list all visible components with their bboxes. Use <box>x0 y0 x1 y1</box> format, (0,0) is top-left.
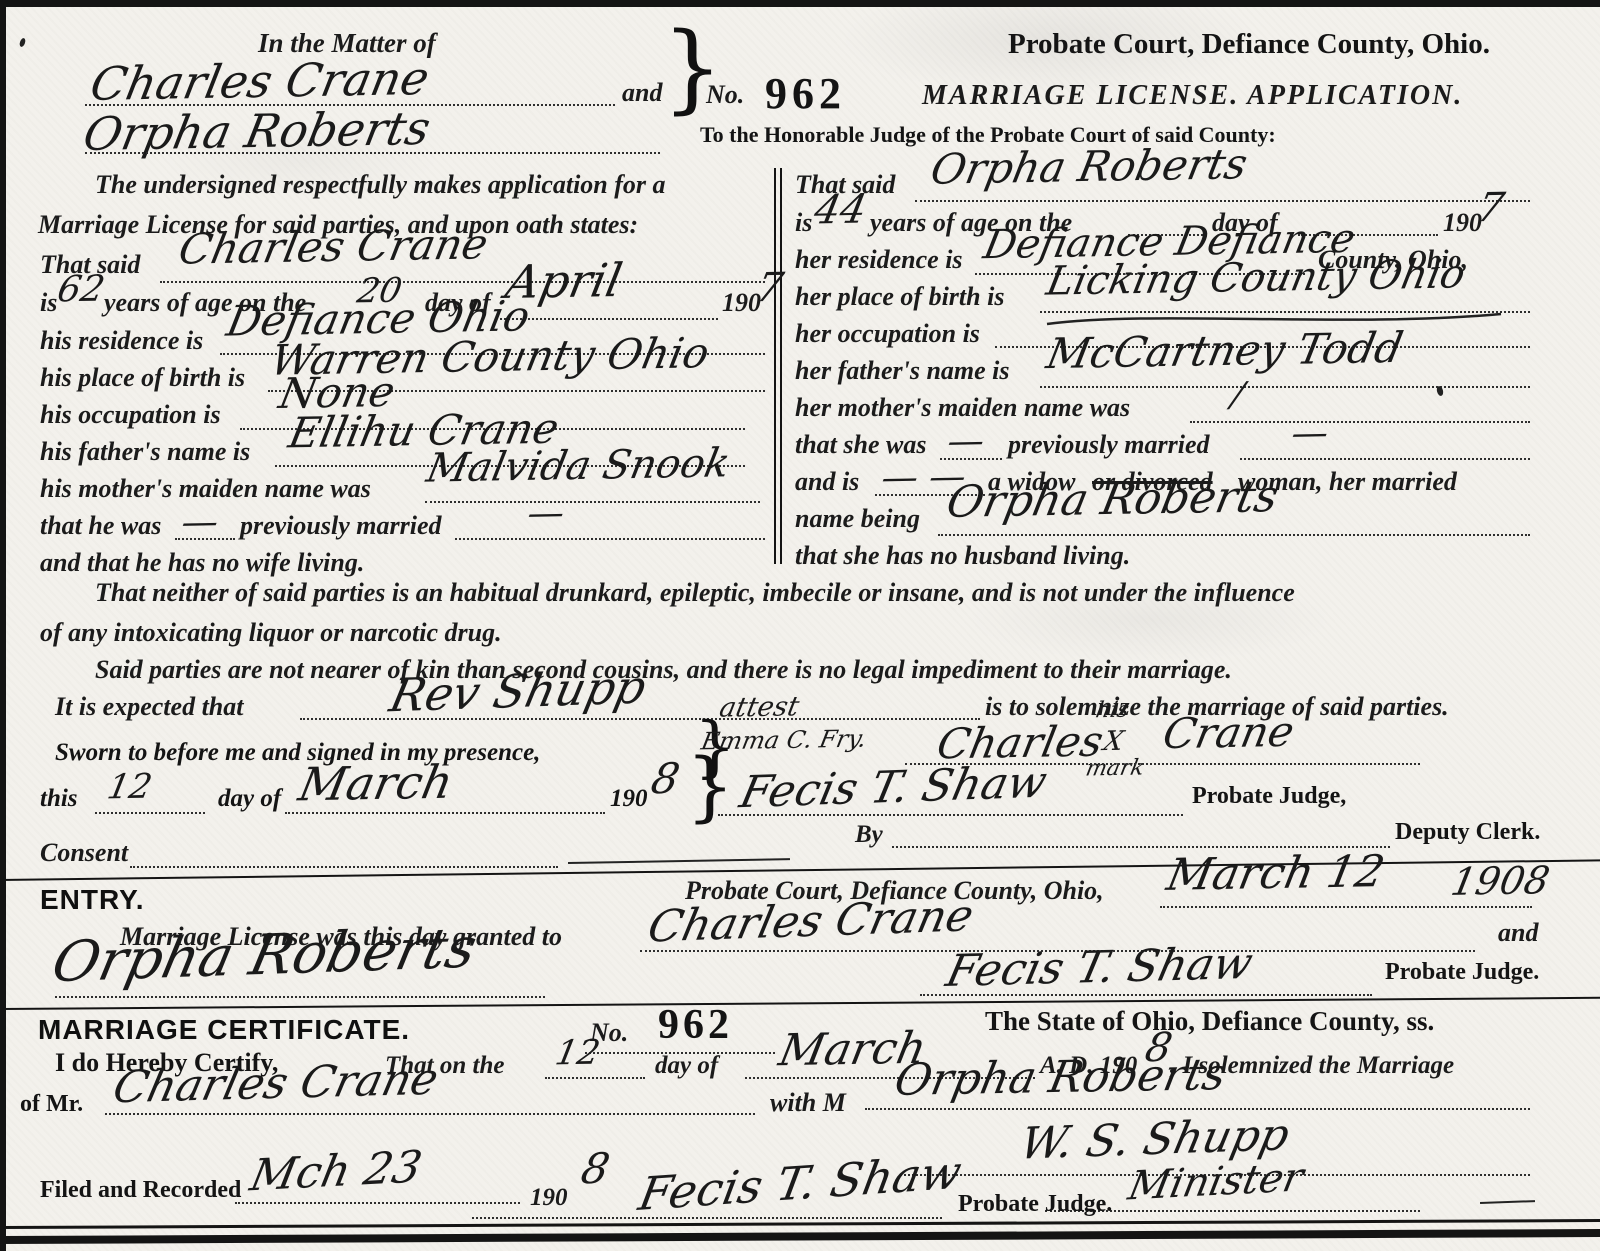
f-birth-label: her place of birth is <box>795 284 1004 310</box>
consent-line-2 <box>568 858 790 864</box>
f-prev-dash2: — <box>1288 416 1331 453</box>
column-divider-2 <box>780 168 782 564</box>
m-father-label: his father's name is <box>40 439 250 465</box>
minister-title-dash <box>1480 1200 1535 1204</box>
officiant-handwritten: Rev Shupp <box>386 664 650 719</box>
entry-year-handwritten: 1908 <box>1448 861 1552 901</box>
cert-bride-handwritten: Orpha Roberts <box>891 1053 1230 1103</box>
case-number: 962 <box>765 72 846 116</box>
entry-judge-sig: Fecis T. Shaw <box>942 942 1256 994</box>
judge-sig-handwritten: Fecis T. Shaw <box>736 761 1051 816</box>
filed-yeardigit-handwritten: 8 <box>578 1148 613 1190</box>
f-mother-tick: / <box>1229 378 1247 412</box>
court-title: Probate Court, Defiance County, Ohio. <box>1008 30 1490 59</box>
m-occ-label: his occupation is <box>40 402 221 428</box>
m-nowife-label: and that he has no wife living. <box>40 550 364 576</box>
filed-label: Filed and Recorded <box>40 1178 241 1202</box>
cert-state-line: The State of Ohio, Defiance County, ss. <box>985 1008 1434 1035</box>
m-prev-line1 <box>175 538 235 540</box>
cert-judge-sig: Fecis T. Shaw <box>636 1149 965 1217</box>
entry-and-label: and <box>1498 920 1538 946</box>
entry-date-line <box>1160 906 1532 908</box>
column-divider <box>774 168 776 564</box>
entry-bride-handwritten: Orpha Roberts <box>47 921 481 992</box>
party2-line <box>85 152 660 154</box>
f-andis-label: and is <box>795 469 859 495</box>
m-prev-dash1: — <box>178 505 221 542</box>
top-scan-edge <box>0 0 1600 7</box>
m-age-handwritten: 62 <box>54 272 107 309</box>
sworn-day-handwritten: 12 <box>105 770 155 805</box>
judge-brace: } <box>686 748 734 824</box>
sworn-yearprinted: 190 <box>610 786 648 811</box>
f-birthplace-handwritten: Licking County Ohio <box>1043 254 1468 301</box>
cert-judge-title: Probate Judge. <box>958 1192 1112 1216</box>
minister-title-handwritten: Minister <box>1125 1158 1307 1207</box>
f-prev-dash1: — <box>944 424 987 461</box>
consent-line <box>130 866 558 868</box>
filed-yearprinted: 190 <box>530 1185 568 1210</box>
m-name-handwritten: Charles Crane <box>175 223 491 270</box>
expected-label: It is expected that <box>55 694 243 720</box>
m-prev-dash2: — <box>524 496 567 533</box>
sworn-month-handwritten: March <box>295 759 456 808</box>
no-label: No. <box>706 82 744 108</box>
sworn-dayof-label: day of <box>218 786 281 811</box>
entry-bride-line <box>55 996 545 998</box>
deputy-clerk-label: Deputy Clerk. <box>1395 820 1540 844</box>
m-mother-handwritten: Malvida Snook <box>424 443 734 488</box>
left-scan-edge <box>0 0 6 1251</box>
f-namebeing-label: name being <box>795 506 920 532</box>
entry-heading: ENTRY. <box>40 886 145 914</box>
officiant-line <box>300 718 980 720</box>
this-label: this <box>40 786 78 811</box>
consent-label: Consent <box>40 840 128 866</box>
doc-title: MARRIAGE LICENSE. APPLICATION. <box>922 82 1463 110</box>
intro-line1: The undersigned respectfully makes appli… <box>95 172 666 198</box>
filed-date-line <box>235 1202 520 1204</box>
f-name-line <box>915 200 1530 202</box>
m-name-line <box>160 281 765 283</box>
filed-date-handwritten: Mch 23 <box>247 1146 426 1199</box>
cert-number: 962 <box>658 1004 733 1046</box>
entry-groom-handwritten: Charles Crane <box>644 894 977 949</box>
f-father-label: her father's name is <box>795 358 1010 384</box>
f-father-handwritten: McCartney Todd <box>1043 327 1406 375</box>
m-prev-line2 <box>455 538 765 540</box>
his-mark-label: his <box>1094 700 1131 723</box>
f-marriedname-handwritten: Orpha Roberts <box>943 475 1282 525</box>
bottom-rule-thin <box>0 1219 1600 1229</box>
groom-sig-last: Crane <box>1160 711 1298 755</box>
f-prev1-label: that she was <box>795 432 927 458</box>
cert-judge-line <box>472 1217 942 1219</box>
cert-groom-handwritten: Charles Crane <box>109 1058 442 1110</box>
f-mother-label: her mother's maiden name was <box>795 395 1130 421</box>
f-name-handwritten: Orpha Roberts <box>927 143 1250 190</box>
f-mother-line <box>1190 421 1530 423</box>
sworn-day-line <box>95 812 205 814</box>
sworn-line: Sworn to before me and signed in my pres… <box>55 740 540 765</box>
m-res-label: his residence is <box>40 328 203 354</box>
by-label: By <box>855 822 883 847</box>
x-mark: X <box>1101 728 1126 755</box>
cert-bride-line <box>865 1108 1530 1110</box>
marriage-license-document: In the Matter of Charles Crane and Orpha… <box>0 0 1600 1251</box>
affirm-line2: of any intoxicating liquor or narcotic d… <box>40 620 502 646</box>
entry-judge-line <box>920 994 1372 996</box>
cert-withm-label: with M <box>770 1090 846 1116</box>
affirm-line1: That neither of said parties is an habit… <box>95 580 1295 606</box>
cert-day-line <box>545 1077 645 1079</box>
entry-date-handwritten: March 12 <box>1163 850 1388 898</box>
ink-speck <box>19 37 27 47</box>
f-namebeing-line <box>938 534 1530 536</box>
bottom-rule-thick <box>0 1229 1600 1244</box>
f-father-line <box>1040 386 1530 388</box>
m-prev2-label: previously married <box>240 513 442 539</box>
cert-groom-line <box>105 1113 755 1115</box>
f-nohusband-label: that she has no husband living. <box>795 543 1130 569</box>
f-occ-label: her occupation is <box>795 321 980 347</box>
m-mother-line <box>425 501 760 503</box>
f-prev-line2 <box>1240 458 1530 460</box>
m-mother-label: his mother's maiden name was <box>40 476 371 502</box>
party1-handwritten: Charles Crane <box>87 55 433 107</box>
sworn-month-line <box>285 812 605 814</box>
sworn-yeardigit-handwritten: 8 <box>648 758 683 800</box>
attest-handwritten: attest <box>717 693 801 721</box>
f-prev2-label: previously married <box>1008 432 1210 458</box>
certificate-heading: MARRIAGE CERTIFICATE. <box>38 1016 410 1044</box>
cert-ofmr-label: of Mr. <box>20 1092 83 1116</box>
judge-sig-line <box>718 814 1183 816</box>
m-prev1-label: that he was <box>40 513 161 539</box>
cert-day-handwritten: 12 <box>553 1036 603 1071</box>
m-month-line <box>500 318 718 320</box>
probate-judge-label: Probate Judge, <box>1192 784 1346 808</box>
m-birth-label: his place of birth is <box>40 365 245 391</box>
f-age-handwritten: 44 <box>811 190 870 231</box>
affirm-line3: Said parties are not nearer of kin than … <box>95 657 1232 683</box>
party2-handwritten: Orpha Roberts <box>80 105 434 157</box>
cert-dayof-label: day of <box>655 1053 718 1078</box>
entry-judge-title: Probate Judge. <box>1385 960 1539 984</box>
mark-label: mark <box>1084 757 1146 780</box>
and-label: and <box>622 80 662 106</box>
f-yeardigit-handwritten: 7 <box>1474 188 1507 228</box>
f-res-label: her residence is <box>795 247 963 273</box>
